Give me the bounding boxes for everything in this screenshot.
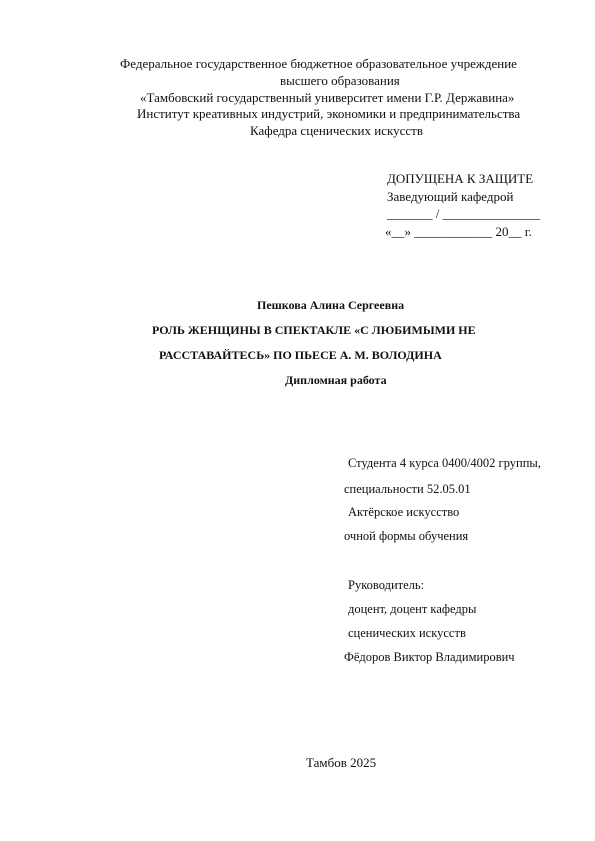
thesis-title-line-1: РОЛЬ ЖЕНЩИНЫ В СПЕКТАКЛЕ «С ЛЮБИМЫМИ НЕ [152,323,476,338]
city-year: Тамбов 2025 [306,755,376,771]
supervisor-department: сценических искусств [348,626,466,641]
student-specialty-name: Актёрское искусство [348,505,459,520]
author-name: Пешкова Алина Сергеевна [257,298,404,313]
supervisor-label: Руководитель: [348,578,424,593]
approval-signature-line: _______ / _______________ [387,205,540,223]
approval-block: ДОПУЩЕНА К ЗАЩИТЕ Заведующий кафедрой __… [387,170,540,240]
institution-line-2: высшего образования [280,73,400,90]
approval-date-line: «__» ____________ 20__ г. [385,223,540,241]
institution-line-1: Федеральное государственное бюджетное об… [120,56,517,73]
document-page: Федеральное государственное бюджетное об… [0,0,595,841]
student-course-group: Студента 4 курса 0400/4002 группы, [348,456,541,471]
thesis-title-line-2: РАССТАВАЙТЕСЬ» ПО ПЬЕСЕ А. М. ВОЛОДИНА [159,348,442,363]
student-specialty-code: специальности 52.05.01 [344,482,471,497]
supervisor-title: доцент, доцент кафедры [348,602,476,617]
institution-line-5: Кафедра сценических искусств [250,123,423,140]
student-study-form: очной формы обучения [344,529,468,544]
supervisor-name: Фёдоров Виктор Владимирович [344,650,515,665]
approval-position: Заведующий кафедрой [387,188,540,206]
institution-line-3: «Тамбовский государственный университет … [140,90,514,107]
work-type: Дипломная работа [285,373,387,388]
institution-line-4: Институт креативных индустрий, экономики… [137,106,520,123]
approval-heading: ДОПУЩЕНА К ЗАЩИТЕ [387,170,540,188]
